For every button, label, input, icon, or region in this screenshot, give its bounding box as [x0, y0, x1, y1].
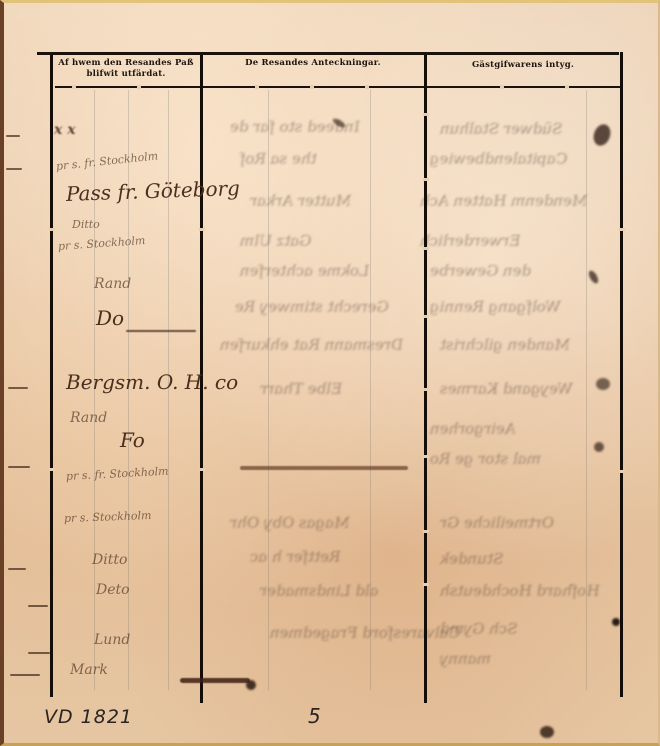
entry-line: Rand — [70, 410, 107, 426]
header-top-rule — [37, 52, 619, 55]
entry-marks: x x — [54, 122, 76, 138]
entry-line: pr s. Stockholm — [58, 234, 146, 253]
column-header-innkeeper-certificate: Gästgifwarens intyg. — [428, 60, 618, 71]
entry-line: Ditto — [72, 218, 100, 231]
column-header-traveller-notes: De Resandes Anteckningar. — [204, 58, 422, 69]
column-rule-2 — [424, 55, 427, 703]
entry-line: Pass fr. Göteborg — [66, 176, 241, 206]
entry-line: Rand — [94, 276, 131, 292]
entry-line: pr s. fr. Stockholm — [55, 149, 158, 173]
column-header-notes-line1: De Resandes Anteckningar. — [204, 58, 422, 69]
column-header-issuer-line2: blifwit utfärdat. — [53, 69, 199, 80]
register-page: Indeed sto far de Südwer Stalhun Capital… — [0, 0, 660, 746]
column-header-issuer: Af hwem den Resandes Paß blifwit utfärda… — [53, 58, 199, 80]
page-number: 5 — [308, 704, 321, 728]
column-rule-left — [50, 55, 53, 697]
entry-line: Bergsm. O. H. co — [66, 370, 238, 394]
bottom-ink-stroke — [180, 678, 250, 683]
entry-line: Do — [96, 306, 124, 330]
entry-line: Lund — [94, 632, 130, 648]
entry-line: Mark — [70, 662, 108, 678]
entry-line: pr s. Stockholm — [64, 509, 152, 525]
entry-line: pr s. fr. Stockholm — [66, 465, 169, 483]
column-rule-right — [620, 52, 623, 697]
column-header-issuer-line1: Af hwem den Resandes Paß — [53, 58, 199, 69]
entry-line: Ditto — [92, 552, 127, 568]
entry-line: Deto — [96, 582, 130, 598]
long-ink-stroke — [240, 466, 408, 470]
column-header-cert-line1: Gästgifwarens intyg. — [428, 60, 618, 71]
entry-line: Fo — [120, 428, 145, 452]
archive-mark: VD 1821 — [44, 706, 133, 728]
